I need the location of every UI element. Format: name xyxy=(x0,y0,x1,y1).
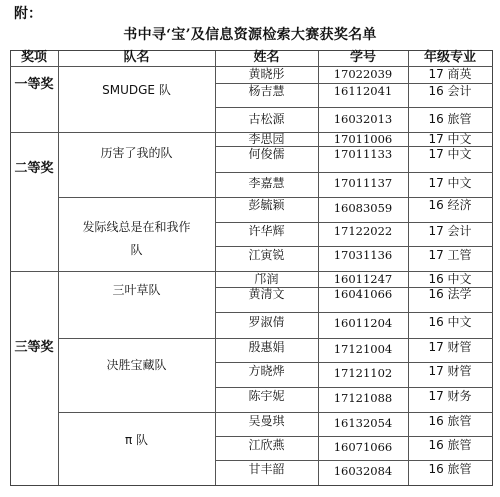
member-name: 吴曼琪 xyxy=(215,412,318,436)
member-name: 方晓烨 xyxy=(215,362,318,387)
member-major: 17 财务 xyxy=(408,387,492,412)
member-major: 16 经济 xyxy=(408,197,492,222)
team-name: 历害了我的队 xyxy=(58,132,215,197)
team-name: 三叶草队 xyxy=(58,271,215,338)
member-major: 16 法学 xyxy=(408,287,492,312)
member-major: 17 中文 xyxy=(408,172,492,197)
member-major: 17 财管 xyxy=(408,338,492,362)
award-second: 二等奖 xyxy=(10,132,58,271)
member-major: 16 中文 xyxy=(408,271,492,287)
member-name: 罗淑倩 xyxy=(215,312,318,338)
member-id: 16011247 xyxy=(318,271,408,287)
member-id: 17121004 xyxy=(318,338,408,362)
member-name: 陈宇妮 xyxy=(215,387,318,412)
member-id: 17122022 xyxy=(318,222,408,246)
award-table: 奖项 队名 姓名 学号 年级专业 一等奖 二等奖 三等奖 SMUDGE 队 历害… xyxy=(0,0,500,497)
member-name: 殷惠娟 xyxy=(215,338,318,362)
member-major: 17 中文 xyxy=(408,146,492,172)
member-id: 17121102 xyxy=(318,362,408,387)
team-name: 发际线总是在和我作 队 xyxy=(58,197,215,271)
member-name: 何俊儒 xyxy=(215,146,318,172)
member-id: 17121088 xyxy=(318,387,408,412)
table-border-bottom xyxy=(10,485,493,486)
member-major: 16 中文 xyxy=(408,312,492,338)
member-id: 17022039 xyxy=(318,66,408,83)
member-name: 许华辉 xyxy=(215,222,318,246)
header-award: 奖项 xyxy=(10,50,58,66)
member-id: 16083059 xyxy=(318,197,408,222)
member-id: 17011133 xyxy=(318,146,408,172)
team-name: π 队 xyxy=(58,412,215,485)
member-id: 16011204 xyxy=(318,312,408,338)
member-id: 17011006 xyxy=(318,132,408,146)
member-major: 16 会计 xyxy=(408,83,492,107)
member-major: 16 旅管 xyxy=(408,107,492,132)
member-name: 古松源 xyxy=(215,107,318,132)
team-name: 决胜宝藏队 xyxy=(58,338,215,412)
member-name: 江寅锐 xyxy=(215,246,318,271)
member-major: 17 会计 xyxy=(408,222,492,246)
header-grade-major: 年级专业 xyxy=(408,50,492,66)
member-name: 李嘉慧 xyxy=(215,172,318,197)
member-major: 17 工管 xyxy=(408,246,492,271)
member-name: 江欣燕 xyxy=(215,436,318,460)
member-id: 16032084 xyxy=(318,460,408,485)
team-name-line2: 队 xyxy=(130,240,142,260)
member-major: 16 旅管 xyxy=(408,436,492,460)
member-name: 杨吉慧 xyxy=(215,83,318,107)
member-id: 16112041 xyxy=(318,83,408,107)
member-id: 16041066 xyxy=(318,287,408,312)
member-id: 16032013 xyxy=(318,107,408,132)
member-major: 16 旅管 xyxy=(408,412,492,436)
member-name: 邝润 xyxy=(215,271,318,287)
member-name: 黄晓彤 xyxy=(215,66,318,83)
header-name: 姓名 xyxy=(215,50,318,66)
award-third: 三等奖 xyxy=(10,271,58,485)
member-id: 16132054 xyxy=(318,412,408,436)
member-name: 甘丰韶 xyxy=(215,460,318,485)
member-name: 李思园 xyxy=(215,132,318,146)
member-id: 16071066 xyxy=(318,436,408,460)
member-name: 黄清文 xyxy=(215,287,318,312)
table-border-right xyxy=(492,50,493,486)
team-name: SMUDGE 队 xyxy=(58,66,215,132)
member-major: 17 财管 xyxy=(408,362,492,387)
member-major: 17 商英 xyxy=(408,66,492,83)
member-id: 17031136 xyxy=(318,246,408,271)
team-name-line1: 发际线总是在和我作 xyxy=(82,214,190,240)
header-team: 队名 xyxy=(58,50,215,66)
award-first: 一等奖 xyxy=(10,66,58,132)
member-major: 16 旅管 xyxy=(408,460,492,485)
member-name: 彭毓颖 xyxy=(215,197,318,222)
member-id: 17011137 xyxy=(318,172,408,197)
header-student-id: 学号 xyxy=(318,50,408,66)
member-major: 17 中文 xyxy=(408,132,492,146)
